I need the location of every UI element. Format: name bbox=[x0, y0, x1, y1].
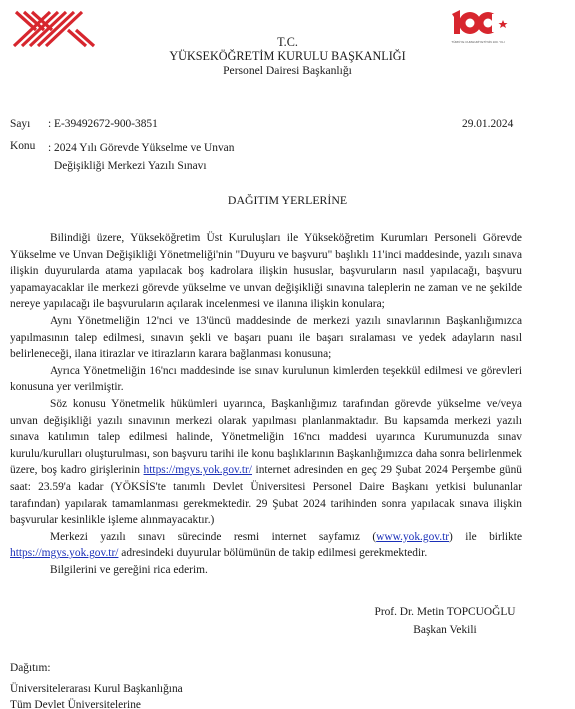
paragraph-2: Aynı Yönetmeliğin 12'nci ve 13'üncü madd… bbox=[10, 313, 522, 363]
sayi-label: Sayı bbox=[10, 118, 46, 130]
mgys-link[interactable]: https://mgys.yok.gov.tr/ bbox=[144, 464, 252, 476]
distribution-label: Dağıtım: bbox=[10, 662, 51, 674]
distribution-item: Üniversitelerarası Kurul Başkanlığına bbox=[10, 682, 183, 698]
subject: : 2024 Yılı Görevde Yükselme ve Unvan De… bbox=[48, 140, 298, 175]
letter-body: Bilindiği üzere, Yükseköğretim Üst Kurul… bbox=[10, 230, 522, 578]
distribution-heading: DAĞITIM YERLERİNE bbox=[0, 193, 575, 208]
header-tc: T.C. bbox=[0, 35, 575, 49]
konu-label: Konu bbox=[10, 140, 46, 152]
yok-website-link[interactable]: www.yok.gov.tr bbox=[376, 531, 449, 543]
document-number: : E-39492672-900-3851 bbox=[48, 118, 158, 130]
subject-line-2: Değişikliği Merkezi Yazılı Sınavı bbox=[48, 158, 298, 176]
paragraph-5: Merkezi yazılı sınavı sürecinde resmi in… bbox=[10, 529, 522, 562]
document-date: 29.01.2024 bbox=[462, 118, 513, 130]
header-department: Personel Dairesi Başkanlığı bbox=[0, 64, 575, 78]
paragraph-6: Bilgilerini ve gereğini rica ederim. bbox=[10, 562, 522, 579]
header-organization: YÜKSEKÖĞRETİM KURULU BAŞKANLIĞI bbox=[0, 49, 575, 63]
subject-line-1: : 2024 Yılı Görevde Yükselme ve Unvan bbox=[48, 142, 234, 154]
mgys-link-2[interactable]: https://mgys.yok.gov.tr/ bbox=[10, 547, 118, 559]
paragraph-1: Bilindiği üzere, Yükseköğretim Üst Kurul… bbox=[10, 230, 522, 313]
distribution-list: Üniversitelerarası Kurul Başkanlığına Tü… bbox=[10, 682, 183, 709]
paragraph-5-text-a: Merkezi yazılı sınavı sürecinde resmi in… bbox=[50, 531, 376, 543]
signatory-name: Prof. Dr. Metin TOPCUOĞLU bbox=[330, 606, 560, 618]
paragraph-4: Söz konusu Yönetmelik hükümleri uyarınca… bbox=[10, 396, 522, 529]
signatory-title: Başkan Vekili bbox=[330, 624, 560, 636]
paragraph-5-text-b: ) ile birlikte bbox=[449, 531, 522, 543]
paragraph-5-text-c: adresindeki duyurular bölümünün de takip… bbox=[118, 547, 427, 559]
paragraph-3: Ayrıca Yönetmeliğin 16'ncı maddesinde is… bbox=[10, 363, 522, 396]
distribution-item: Tüm Devlet Üniversitelerine bbox=[10, 698, 183, 709]
